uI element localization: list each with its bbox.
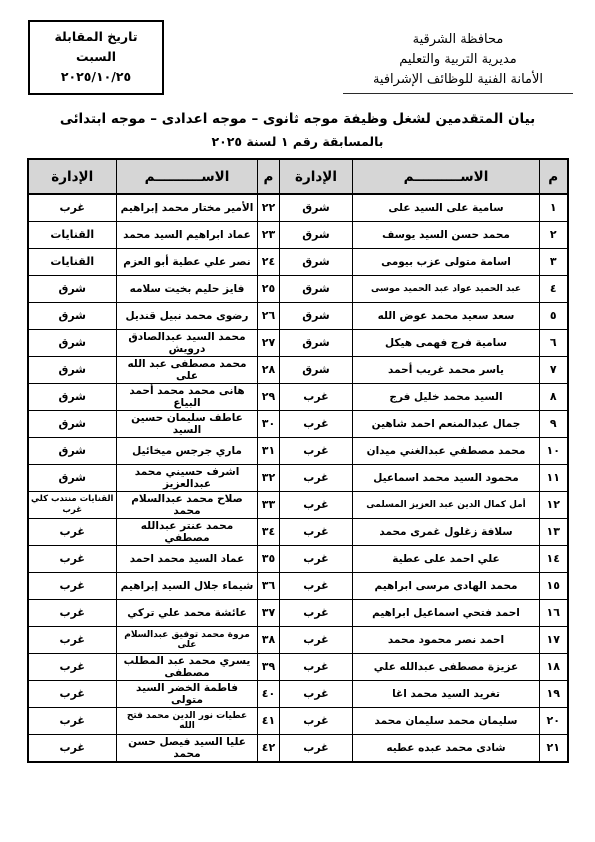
name-cell-right: شادى محمد عبده عطيه <box>353 734 540 762</box>
org-line-secretariat: الأمانة الفنية للوظائف الإشرافية <box>343 70 573 94</box>
serial-cell-left: ٣٢ <box>258 464 280 491</box>
name-cell-left: شيماء جلال السيد إبراهيم <box>117 572 258 599</box>
serial-cell-right: ٩ <box>540 410 568 437</box>
admin-cell-left: شرق <box>28 464 117 491</box>
admin-cell-left: شرق <box>28 410 117 437</box>
serial-cell-right: ١٣ <box>540 518 568 545</box>
name-cell-left: عاطف سليمان حسين السيد <box>117 410 258 437</box>
serial-cell-left: ٢٥ <box>258 275 280 302</box>
admin-cell-right: غرب <box>280 599 353 626</box>
serial-cell-right: ١١ <box>540 464 568 491</box>
name-cell-left: رضوى محمد نبيل قنديل <box>117 302 258 329</box>
admin-cell-left: غرب <box>28 572 117 599</box>
admin-cell-right: غرب <box>280 626 353 653</box>
name-cell-right: محمد حسن السيد يوسف <box>353 221 540 248</box>
serial-cell-right: ٥ <box>540 302 568 329</box>
serial-cell-left: ٣٤ <box>258 518 280 545</box>
name-cell-left: عائشة محمد علي تركي <box>117 599 258 626</box>
admin-cell-left: غرب <box>28 626 117 653</box>
name-cell-right: سامية على السيد على <box>353 194 540 221</box>
serial-cell-right: ١٧ <box>540 626 568 653</box>
table-row: ١٥ محمد الهادى مرسى ابراهيم غرب ٣٦ شيماء… <box>28 572 568 599</box>
admin-cell-right: غرب <box>280 437 353 464</box>
name-cell-right: ياسر محمد غريب أحمد <box>353 356 540 383</box>
date-box-label: تاريخ المقابلة <box>34 27 158 47</box>
table-row: ٤ عبد الحميد عواد عبد الحميد موسى شرق ٢٥… <box>28 275 568 302</box>
serial-cell-left: ٢٧ <box>258 329 280 356</box>
name-cell-left: عماد ابراهيم السيد محمد <box>117 221 258 248</box>
admin-cell-right: غرب <box>280 680 353 707</box>
name-cell-left: هانى محمد محمد أحمد البياع <box>117 383 258 410</box>
serial-cell-left: ٢٨ <box>258 356 280 383</box>
serial-cell-left: ٤٠ <box>258 680 280 707</box>
admin-cell-left: غرب <box>28 734 117 762</box>
serial-cell-right: ١٥ <box>540 572 568 599</box>
serial-cell-left: ٢٦ <box>258 302 280 329</box>
document-page: محافظة الشرقية مديرية التربية والتعليم ا… <box>0 0 595 842</box>
admin-cell-right: شرق <box>280 194 353 221</box>
name-cell-left: محمد السيد عبدالصادق درويش <box>117 329 258 356</box>
document-subtitle: بالمسابقة رقم ١ لسنة ٢٠٢٥ <box>0 134 595 149</box>
name-cell-right: محمود السيد محمد اسماعيل <box>353 464 540 491</box>
table-row: ٨ السيد محمد خليل فرج غرب ٢٩ هانى محمد م… <box>28 383 568 410</box>
col-header-serial-left: م <box>258 159 280 194</box>
serial-cell-left: ٣٧ <box>258 599 280 626</box>
admin-cell-left: غرب <box>28 707 117 734</box>
admin-cell-right: شرق <box>280 302 353 329</box>
col-header-name-right: الاســــــــــم <box>353 159 540 194</box>
name-cell-right: جمال عبدالمنعم احمد شاهين <box>353 410 540 437</box>
name-cell-right: عبد الحميد عواد عبد الحميد موسى <box>353 275 540 302</box>
table-row: ١٠ محمد مصطفي عبدالغني ميدان غرب ٣١ ماري… <box>28 437 568 464</box>
serial-cell-right: ١٢ <box>540 491 568 518</box>
admin-cell-left: القنايات منتدب كلي غرب <box>28 491 117 518</box>
admin-cell-left: غرب <box>28 194 117 221</box>
name-cell-right: علي احمد على عطية <box>353 545 540 572</box>
table-row: ١ سامية على السيد على شرق ٢٢ الأمير مختا… <box>28 194 568 221</box>
table-row: ٢١ شادى محمد عبده عطيه غرب ٤٢ عليا السيد… <box>28 734 568 762</box>
name-cell-left: ماري جرجس ميخائيل <box>117 437 258 464</box>
serial-cell-right: ٢٠ <box>540 707 568 734</box>
admin-cell-left: شرق <box>28 356 117 383</box>
admin-cell-right: غرب <box>280 518 353 545</box>
name-cell-left: عليا السيد فيصل حسن محمد <box>117 734 258 762</box>
serial-cell-left: ٣٩ <box>258 653 280 680</box>
name-cell-right: تغريد السيد محمد اغا <box>353 680 540 707</box>
serial-cell-right: ١٩ <box>540 680 568 707</box>
serial-cell-left: ٣١ <box>258 437 280 464</box>
admin-cell-left: القنايات <box>28 221 117 248</box>
serial-cell-right: ٤ <box>540 275 568 302</box>
admin-cell-left: شرق <box>28 383 117 410</box>
name-cell-right: سلافة زغلول غمرى محمد <box>353 518 540 545</box>
serial-cell-left: ٢٣ <box>258 221 280 248</box>
table-row: ٦ سامية فرج فهمى هيكل شرق ٢٧ محمد السيد … <box>28 329 568 356</box>
table-row: ٧ ياسر محمد غريب أحمد شرق ٢٨ محمد مصطفى … <box>28 356 568 383</box>
col-header-admin-right: الإدارة <box>280 159 353 194</box>
serial-cell-right: ١٦ <box>540 599 568 626</box>
document-header: محافظة الشرقية مديرية التربية والتعليم ا… <box>0 18 595 95</box>
col-header-serial-right: م <box>540 159 568 194</box>
serial-cell-left: ٤٢ <box>258 734 280 762</box>
serial-cell-right: ٢ <box>540 221 568 248</box>
org-line-governorate: محافظة الشرقية <box>343 30 573 50</box>
document-title: بيان المتقدمين لشغل وظيفة موجه ثانوى – م… <box>0 111 595 127</box>
table-row: ٥ سعد سعيد محمد عوض الله شرق ٢٦ رضوى محم… <box>28 302 568 329</box>
table-row: ٣ اسامة متولى عزب بيومى شرق ٢٤ نصر علي ع… <box>28 248 568 275</box>
serial-cell-left: ٣٠ <box>258 410 280 437</box>
serial-cell-left: ٢٩ <box>258 383 280 410</box>
date-box-day: السبت <box>34 47 158 67</box>
admin-cell-right: شرق <box>280 275 353 302</box>
org-line-directorate: مديرية التربية والتعليم <box>343 50 573 70</box>
name-cell-right: محمد الهادى مرسى ابراهيم <box>353 572 540 599</box>
admin-cell-right: غرب <box>280 410 353 437</box>
admin-cell-right: غرب <box>280 707 353 734</box>
table-header-row: م الاســــــــــم الإدارة م الاســــــــ… <box>28 159 568 194</box>
admin-cell-right: غرب <box>280 464 353 491</box>
table-row: ٢ محمد حسن السيد يوسف شرق ٢٣ عماد ابراهي… <box>28 221 568 248</box>
table-row: ١١ محمود السيد محمد اسماعيل غرب ٣٢ اشرف … <box>28 464 568 491</box>
serial-cell-left: ٣٥ <box>258 545 280 572</box>
table-row: ٢٠ سليمان محمد سليمان محمد غرب ٤١ عطيات … <box>28 707 568 734</box>
name-cell-right: السيد محمد خليل فرج <box>353 383 540 410</box>
name-cell-right: سعد سعيد محمد عوض الله <box>353 302 540 329</box>
name-cell-left: فايز حليم بخيت سلامه <box>117 275 258 302</box>
name-cell-left: اشرف حسيني محمد عبدالعزيز <box>117 464 258 491</box>
serial-cell-right: ١٤ <box>540 545 568 572</box>
date-box-date: ٢٠٢٥/١٠/٢٥ <box>34 67 158 87</box>
name-cell-left: يسري محمد عبد المطلب مصطفى <box>117 653 258 680</box>
admin-cell-right: شرق <box>280 329 353 356</box>
col-header-name-left: الاســــــــــم <box>117 159 258 194</box>
applicants-tbody: ١ سامية على السيد على شرق ٢٢ الأمير مختا… <box>28 194 568 762</box>
name-cell-left: نصر علي عطية أبو العزم <box>117 248 258 275</box>
table-row: ١٦ احمد فتحي اسماعيل ابراهيم غرب ٣٧ عائش… <box>28 599 568 626</box>
name-cell-left: فاطمة الخضر السيد متولى <box>117 680 258 707</box>
name-cell-right: سامية فرج فهمى هيكل <box>353 329 540 356</box>
name-cell-left: صلاح محمد عبدالسلام محمد <box>117 491 258 518</box>
name-cell-right: اسامة متولى عزب بيومى <box>353 248 540 275</box>
serial-cell-right: ١٨ <box>540 653 568 680</box>
name-cell-right: احمد فتحي اسماعيل ابراهيم <box>353 599 540 626</box>
admin-cell-left: غرب <box>28 545 117 572</box>
admin-cell-right: غرب <box>280 653 353 680</box>
serial-cell-right: ٦ <box>540 329 568 356</box>
name-cell-left: محمد عنتر عبدالله مصطفي <box>117 518 258 545</box>
name-cell-left: الأمير مختار محمد إبراهيم <box>117 194 258 221</box>
table-row: ١٢ أمل كمال الدين عبد العزيز المسلمى غرب… <box>28 491 568 518</box>
col-header-admin-left: الإدارة <box>28 159 117 194</box>
serial-cell-right: ١ <box>540 194 568 221</box>
admin-cell-left: غرب <box>28 680 117 707</box>
applicants-table: م الاســــــــــم الإدارة م الاســــــــ… <box>27 158 569 763</box>
table-row: ٩ جمال عبدالمنعم احمد شاهين غرب ٣٠ عاطف … <box>28 410 568 437</box>
serial-cell-left: ٤١ <box>258 707 280 734</box>
admin-cell-left: شرق <box>28 302 117 329</box>
admin-cell-left: شرق <box>28 275 117 302</box>
serial-cell-right: ٣ <box>540 248 568 275</box>
admin-cell-right: غرب <box>280 734 353 762</box>
admin-cell-right: شرق <box>280 356 353 383</box>
name-cell-right: احمد نصر محمود محمد <box>353 626 540 653</box>
serial-cell-right: ٢١ <box>540 734 568 762</box>
admin-cell-left: غرب <box>28 599 117 626</box>
table-row: ١٧ احمد نصر محمود محمد غرب ٣٨ مروة محمد … <box>28 626 568 653</box>
table-row: ١٣ سلافة زغلول غمرى محمد غرب ٣٤ محمد عنت… <box>28 518 568 545</box>
table-row: ١٨ عزيزة مصطفى عبدالله علي غرب ٣٩ يسري م… <box>28 653 568 680</box>
serial-cell-left: ٣٣ <box>258 491 280 518</box>
admin-cell-right: غرب <box>280 383 353 410</box>
name-cell-left: مروة محمد توفيق عبدالسلام على <box>117 626 258 653</box>
name-cell-right: عزيزة مصطفى عبدالله علي <box>353 653 540 680</box>
org-header: محافظة الشرقية مديرية التربية والتعليم ا… <box>343 30 573 94</box>
name-cell-left: عماد السيد محمد احمد <box>117 545 258 572</box>
table-row: ١٩ تغريد السيد محمد اغا غرب ٤٠ فاطمة الخ… <box>28 680 568 707</box>
admin-cell-left: شرق <box>28 329 117 356</box>
name-cell-left: محمد مصطفى عبد الله على <box>117 356 258 383</box>
table-row: ١٤ علي احمد على عطية غرب ٣٥ عماد السيد م… <box>28 545 568 572</box>
admin-cell-left: القنايات <box>28 248 117 275</box>
serial-cell-right: ٧ <box>540 356 568 383</box>
serial-cell-left: ٣٦ <box>258 572 280 599</box>
name-cell-right: محمد مصطفي عبدالغني ميدان <box>353 437 540 464</box>
serial-cell-left: ٢٤ <box>258 248 280 275</box>
serial-cell-left: ٢٢ <box>258 194 280 221</box>
name-cell-right: أمل كمال الدين عبد العزيز المسلمى <box>353 491 540 518</box>
name-cell-right: سليمان محمد سليمان محمد <box>353 707 540 734</box>
admin-cell-right: شرق <box>280 248 353 275</box>
admin-cell-right: غرب <box>280 545 353 572</box>
serial-cell-right: ٨ <box>540 383 568 410</box>
admin-cell-left: شرق <box>28 437 117 464</box>
interview-date-box: تاريخ المقابلة السبت ٢٠٢٥/١٠/٢٥ <box>28 20 164 95</box>
admin-cell-right: غرب <box>280 572 353 599</box>
serial-cell-right: ١٠ <box>540 437 568 464</box>
admin-cell-left: غرب <box>28 518 117 545</box>
name-cell-left: عطيات نور الدين محمد فتح الله <box>117 707 258 734</box>
admin-cell-right: غرب <box>280 491 353 518</box>
admin-cell-left: غرب <box>28 653 117 680</box>
admin-cell-right: شرق <box>280 221 353 248</box>
serial-cell-left: ٣٨ <box>258 626 280 653</box>
